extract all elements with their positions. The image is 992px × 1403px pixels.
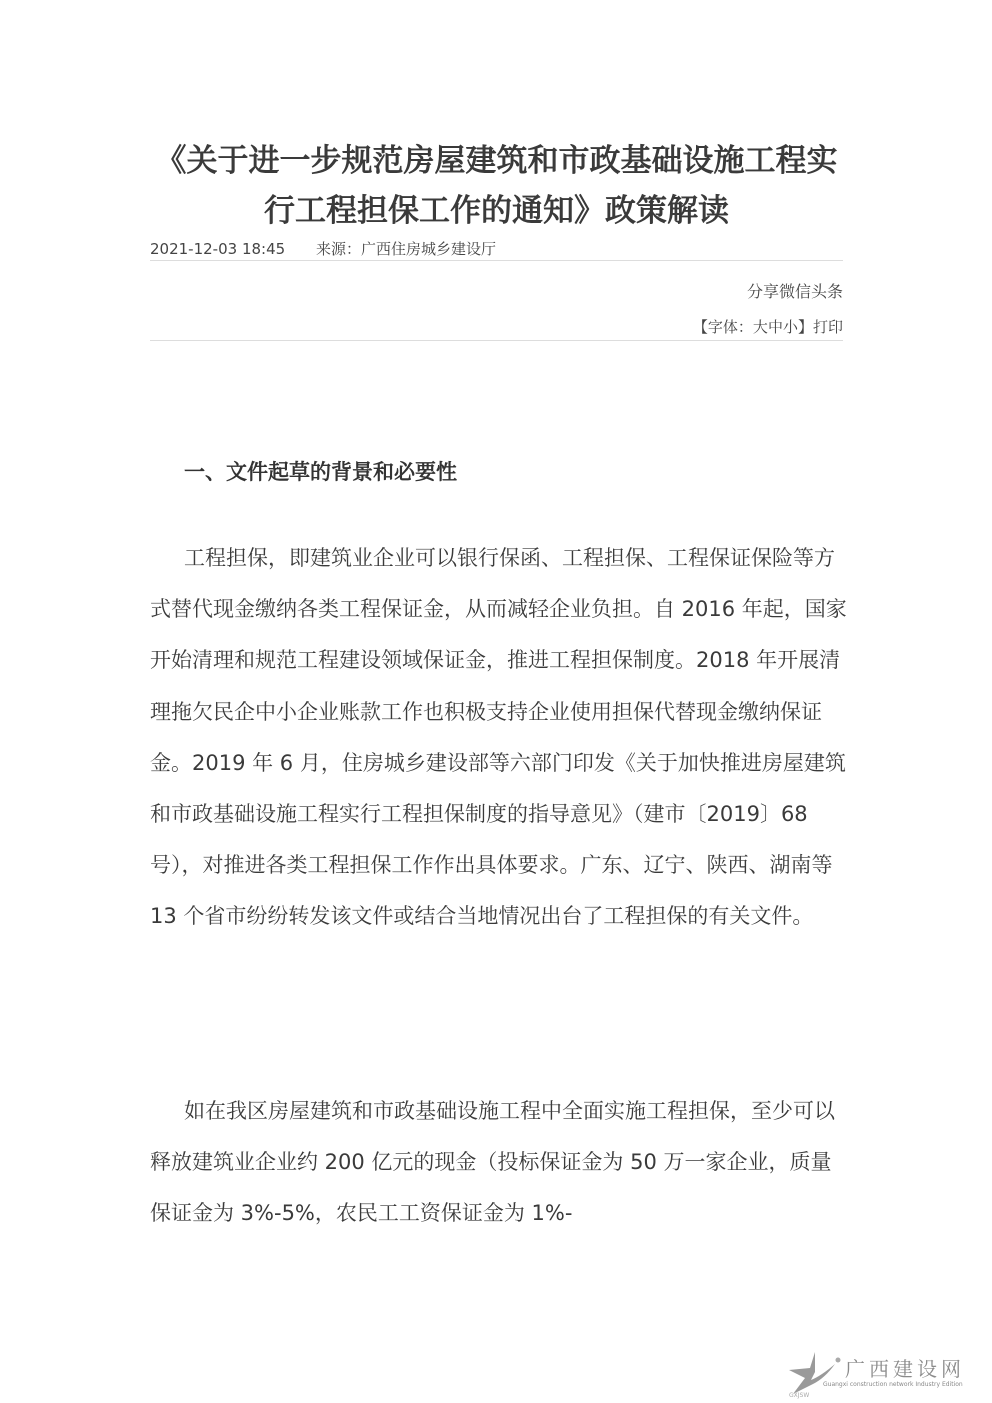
article-title: 《关于进一步规范房屋建筑和市政基础设施工程实行工程担保工作的通知》政策解读 <box>150 136 843 236</box>
watermark-name-en: Guangxi construction network Industry Ed… <box>823 1381 963 1388</box>
font-small-button[interactable]: 小 <box>783 318 798 336</box>
site-watermark-logo: GXJSW 广西建设网 Guangxi construction network… <box>785 1350 985 1400</box>
article-meta: 2021-12-03 18:45 来源：广西住房城乡建设厅 <box>150 238 843 261</box>
publish-date: 2021-12-03 18:45 <box>150 240 285 258</box>
font-large-button[interactable]: 大 <box>753 318 768 336</box>
font-medium-button[interactable]: 中 <box>768 318 783 336</box>
print-button[interactable]: 打印 <box>813 318 843 336</box>
font-size-label: 【字体： <box>693 318 753 336</box>
font-size-label-close: 】 <box>798 318 813 336</box>
article-source: 来源：广西住房城乡建设厅 <box>316 240 496 258</box>
star-logo-icon: GXJSW <box>785 1350 841 1400</box>
body-paragraph: 如在我区房屋建筑和市政基础设施工程中全面实施工程担保，至少可以释放建筑业企业约 … <box>150 1086 850 1240</box>
share-wechat-toutiao-link[interactable]: 分享微信头条 <box>747 279 843 302</box>
watermark-name-cn: 广西建设网 <box>845 1353 965 1382</box>
body-paragraph: 工程担保，即建筑业企业可以银行保函、工程担保、工程保证保险等方式替代现金缴纳各类… <box>150 533 850 943</box>
section-heading: 一、文件起草的背景和必要性 <box>184 456 457 486</box>
article-tools: 【字体：大中小】打印 <box>150 316 843 341</box>
svg-text:GXJSW: GXJSW <box>789 1392 809 1399</box>
